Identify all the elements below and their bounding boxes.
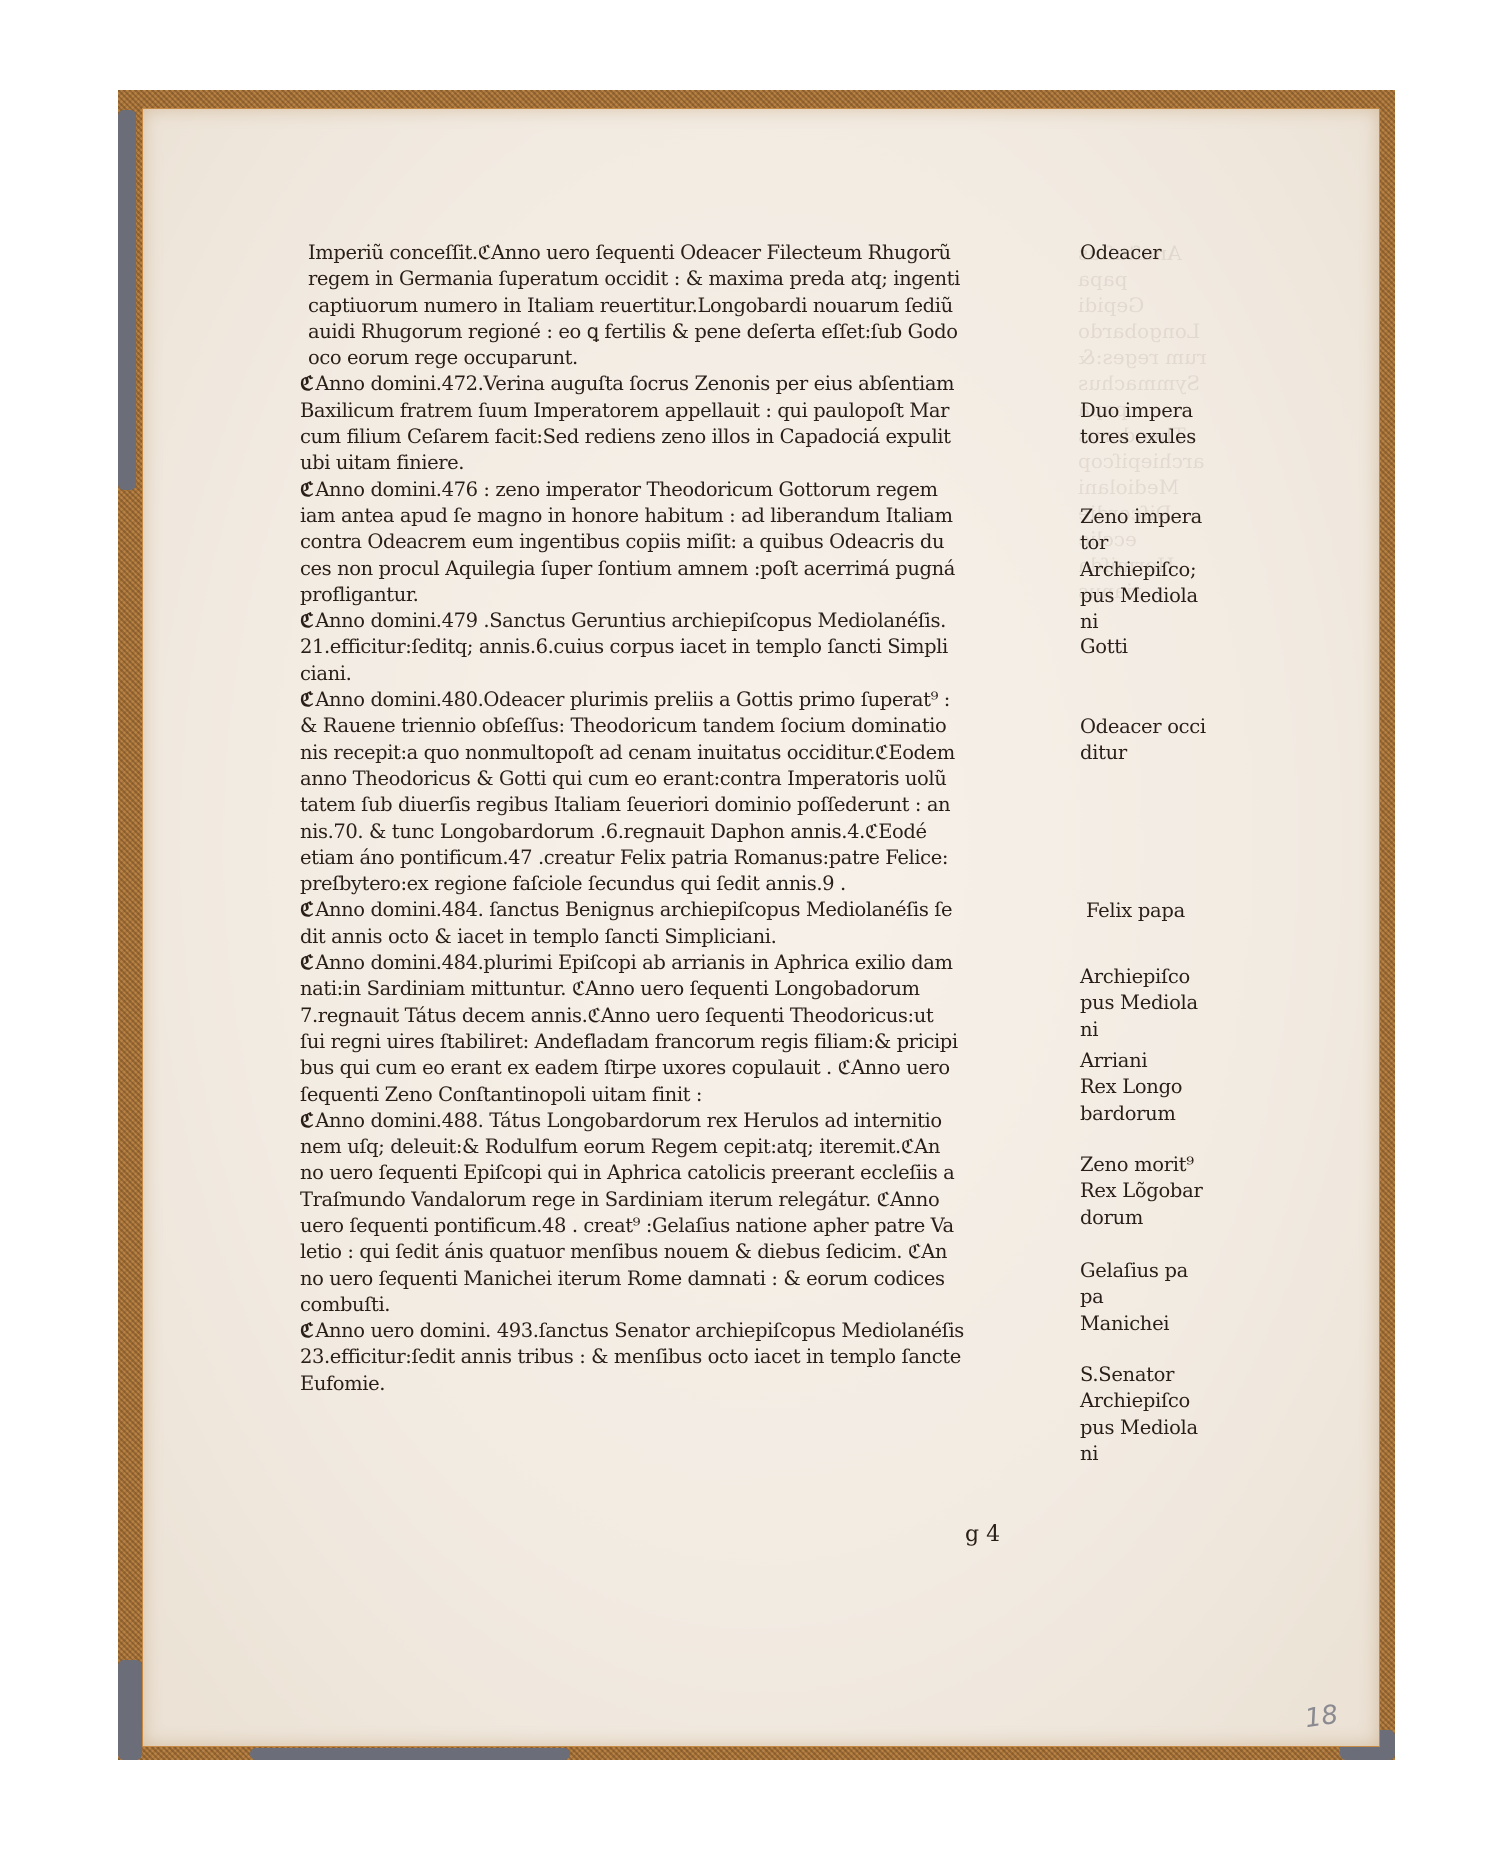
note-line: Archiepiſco — [1080, 964, 1198, 990]
text-line: iam antea apud ſe magno in honore habitu… — [316, 503, 1060, 529]
note-line: Odeacer — [1080, 240, 1161, 266]
note-line: Zeno morit⁹ — [1080, 1152, 1202, 1178]
note-line: Odeacer occi — [1080, 714, 1206, 740]
pilcrow-icon: ℭ — [300, 609, 313, 632]
text-line: cum filium Ceſarem facit:Sed rediens zen… — [316, 424, 1060, 450]
note-line: Gelaſius pa — [1080, 1258, 1188, 1284]
text-line: dit annis octo & iacet in templo ſancti … — [316, 924, 1060, 950]
note-line: Manichei — [1080, 1311, 1188, 1337]
note-line: Archiepiſco — [1080, 1388, 1198, 1414]
note-line: pus Mediola — [1080, 990, 1198, 1016]
note-line: bardorum — [1080, 1101, 1182, 1127]
text-line: Anno domini.472.Verina auguſta ſocrus Ze… — [315, 372, 954, 395]
note-line: ni — [1080, 609, 1202, 635]
margin-note-duo-imperatores: Duo impera tores exules — [1080, 398, 1196, 451]
text-paragraph-488: ℭAnno domini.488. Tátus Longobardorum re… — [290, 1108, 1060, 1318]
margin-note-felix-papa: Felix papa — [1086, 898, 1185, 924]
text-paragraph-493: ℭAnno uero domini. 493.ſanctus Senator a… — [290, 1318, 1060, 1397]
text-line: Anno domini.484.plurimi Epiſcopi ab arri… — [315, 951, 952, 974]
text-line: combuſti. — [316, 1292, 1060, 1318]
text-line: profligantur. — [316, 582, 1060, 608]
text-paragraph-476: ℭAnno domini.476 : zeno imperator Theodo… — [290, 477, 1060, 608]
text-line: & Rauene triennio obſeſſus: Theodoricum … — [316, 713, 1060, 739]
note-line: pa — [1080, 1284, 1188, 1310]
note-line: tores exules — [1080, 424, 1196, 450]
text-line: captiuorum numero in Italiam reuertitur.… — [308, 293, 1060, 319]
text-line: ſequenti Zeno Conſtantinopoli uitam fini… — [316, 1082, 1060, 1108]
text-paragraph-480: ℭAnno domini.480.Odeacer plurimis prelii… — [290, 687, 1060, 897]
text-line: Anno domini.484. ſanctus Benignus archie… — [315, 898, 952, 921]
text-line: bus qui cum eo erant ex eadem ſtirpe uxo… — [316, 1055, 1060, 1081]
text-line: Anno domini.476 : zeno imperator Theodor… — [315, 478, 937, 501]
text-line: etiam áno pontificum.47 .creatur Felix p… — [316, 845, 1060, 871]
text-line: letio : qui ſedit ánis quatuor menſibus … — [316, 1239, 1060, 1265]
pilcrow-icon: ℭ — [300, 1319, 313, 1342]
backing-wear-left — [118, 110, 136, 490]
note-line: Rex Longo — [1080, 1074, 1182, 1100]
text-line: no uero ſequenti Epiſcopi qui in Aphrica… — [316, 1160, 1060, 1186]
margin-note-odeacer: Odeacer — [1080, 240, 1161, 266]
backing-wear-left-lower — [118, 1660, 142, 1760]
note-line: Archiepiſco; — [1080, 557, 1202, 583]
text-line: oco eorum rege occuparunt. — [308, 345, 1060, 371]
pencil-folio-number: 18 — [1303, 1700, 1340, 1734]
margin-note-arriani: Arriani Rex Longo bardorum — [1080, 1048, 1182, 1127]
text-line: Anno domini.488. Tátus Longobardorum rex… — [315, 1109, 941, 1132]
note-line: ni — [1080, 1017, 1198, 1043]
note-line: pus Mediola — [1080, 583, 1202, 609]
note-line: S.Senator — [1080, 1362, 1198, 1388]
text-paragraph-472: ℭAnno domini.472.Verina auguſta ſocrus Z… — [290, 371, 1060, 476]
note-line: ditur — [1080, 740, 1206, 766]
text-line: ciani. — [316, 661, 1060, 687]
note-line: Arriani — [1080, 1048, 1182, 1074]
text-line: Baxilicum fratrem ſuum Imperatorem appel… — [316, 398, 1060, 424]
text-line: nis recepit:a quo nonmultopoſt ad cenam … — [316, 740, 1060, 766]
text-line: auidi Rhugorum regioné : eo ꝗ fertilis &… — [308, 319, 1060, 345]
pilcrow-icon: ℭ — [300, 372, 313, 395]
text-paragraph-479: ℭAnno domini.479 .Sanctus Geruntius arch… — [290, 608, 1060, 687]
note-line: Duo impera — [1080, 398, 1196, 424]
text-line: Traſmundo Vandalorum rege in Sardiniam i… — [316, 1187, 1060, 1213]
text-line: ſui regni uires ſtabiliret: Andefladam f… — [316, 1029, 1060, 1055]
text-line: 7.regnauit Tátus decem annis.ℭAnno uero … — [316, 1003, 1060, 1029]
pilcrow-icon: ℭ — [300, 951, 313, 974]
text-line: nati:in Sardiniam mittuntur. ℭAnno uero … — [316, 976, 1060, 1002]
text-line: preſbytero:ex regione faſciole ſecundus … — [316, 871, 1060, 897]
margin-note-zeno-moritur: Zeno morit⁹ Rex Lõgobar dorum — [1080, 1152, 1202, 1231]
text-line: Anno domini.479 .Sanctus Geruntius archi… — [315, 609, 946, 632]
margin-note-archiepiscopus-1: Archiepiſco pus Mediola ni — [1080, 964, 1198, 1043]
backing-wear-bottom — [250, 1748, 570, 1760]
note-line: Rex Lõgobar — [1080, 1178, 1202, 1204]
text-line: ubi uitam finiere. — [316, 450, 1060, 476]
text-line: Eufomie. — [316, 1371, 1060, 1397]
text-line: 21.efficitur:ſeditq; annis.6.cuius corpu… — [316, 634, 1060, 660]
margin-note-gotti: Gotti — [1080, 634, 1128, 660]
text-line: anno Theodoricus & Gotti qui cum eo eran… — [316, 766, 1060, 792]
text-paragraph-484-episcopi: ℭAnno domini.484.plurimi Epiſcopi ab arr… — [290, 950, 1060, 1108]
text-line: nem uſq; deleuit:& Rodulfum eorum Regem … — [316, 1134, 1060, 1160]
margin-note-odeacer-occiditur: Odeacer occi ditur — [1080, 714, 1206, 767]
note-line: ni — [1080, 1441, 1198, 1467]
main-text-column: Imperiũ conceſſit.ℭAnno uero ſequenti Od… — [290, 240, 1060, 1397]
pilcrow-icon: ℭ — [300, 1109, 313, 1132]
margin-note-senator: S.Senator Archiepiſco pus Mediola ni — [1080, 1362, 1198, 1467]
margin-note-zeno-imperator: Zeno impera tor Archiepiſco; pus Mediola… — [1080, 504, 1202, 635]
text-line: no uero ſequenti Manichei iterum Rome da… — [316, 1266, 1060, 1292]
text-line: regem in Germania ſuperatum occidit : & … — [308, 266, 1060, 292]
signature-mark: g 4 — [965, 1522, 1000, 1547]
text-line: Anno uero domini. 493.ſanctus Senator ar… — [315, 1319, 964, 1342]
pilcrow-icon: ℭ — [300, 478, 313, 501]
text-line: ces non procul Aquilegia ſuper ſontium a… — [316, 556, 1060, 582]
text-paragraph-484-benignus: ℭAnno domini.484. ſanctus Benignus archi… — [290, 897, 1060, 950]
text-paragraph-1: Imperiũ conceſſit.ℭAnno uero ſequenti Od… — [290, 240, 1060, 371]
note-line: Gotti — [1080, 634, 1128, 660]
text-line: uero ſequenti pontificum.48 . creat⁹ :Ge… — [316, 1213, 1060, 1239]
note-line: dorum — [1080, 1205, 1202, 1231]
pilcrow-icon: ℭ — [300, 898, 313, 921]
text-line: contra Odeacrem eum ingentibus copiis mi… — [316, 529, 1060, 555]
margin-note-gelasius: Gelaſius pa pa Manichei — [1080, 1258, 1188, 1337]
note-line: tor — [1080, 530, 1202, 556]
pilcrow-icon: ℭ — [300, 688, 313, 711]
text-line: tatem ſub diuerſis regibus Italiam ſeuer… — [316, 792, 1060, 818]
text-line: Imperiũ conceſſit.ℭAnno uero ſequenti Od… — [308, 240, 1060, 266]
text-line: 23.efficitur:ſedit annis tribus : & menſ… — [316, 1344, 1060, 1370]
note-line: Felix papa — [1086, 898, 1185, 924]
text-line: nis.70. & tunc Longobardorum .6.regnauit… — [316, 819, 1060, 845]
text-line: Anno domini.480.Odeacer plurimis preliis… — [315, 688, 950, 711]
note-line: pus Mediola — [1080, 1415, 1198, 1441]
note-line: Zeno impera — [1080, 504, 1202, 530]
